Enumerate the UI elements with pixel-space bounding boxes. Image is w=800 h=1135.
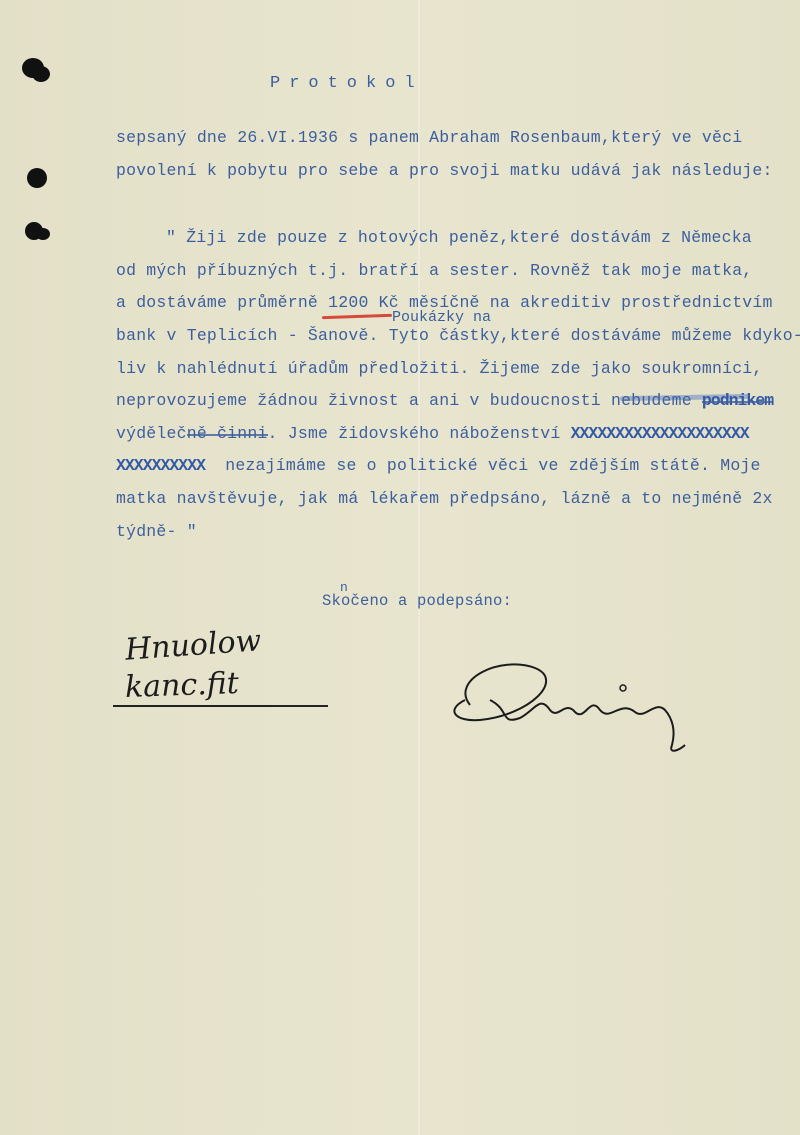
text-line-2: povolení k pobytu pro sebe a pro svoji m… [116,161,773,180]
text-line-10: XXXXXXXXXX nezajímáme se o politické věc… [116,456,761,475]
text-line-9-rest: . Jsme židovského náboženství [268,424,571,443]
document-title: Protokol [270,74,424,93]
handwritten-insertion: Poukázky na [392,309,491,326]
punch-hole-middle [27,168,47,188]
struck-word: podnikem [702,391,773,410]
signature-right: Rosenbaum [440,650,700,760]
punch-hole-bottom-2 [36,228,50,240]
text-line-1: sepsaný dne 26.VI.1936 s panem Abraham R… [116,128,742,147]
signature-line [113,705,328,707]
punch-hole-top-2 [32,66,50,82]
text-line-7: liv k nahlédnutí úřadům předložiti. Žije… [116,359,763,378]
text-line-10-main: nezajímáme se o politické věci ve zdější… [225,456,760,475]
xed-out-text-2: XXXXXXXXXX [116,456,205,475]
text-line-9: výdělečně činni. Jsme židovského nábožen… [116,424,749,443]
struck-text: ně činni [187,424,268,443]
text-line-11: matka navštěvuje, jak má lékařem předpsá… [116,489,773,508]
text-line-3: " Žiji zde pouze z hotových peněz,které … [166,228,752,247]
text-line-6: bank v Teplicích - Šanově. Tyto částky,k… [116,326,800,345]
signature-flourish-icon [440,650,700,760]
text-line-12: týdně- " [116,522,197,541]
text-line-8: neprovozujeme žádnou živnost a ani v bud… [116,391,773,410]
text-line-9-prefix: výděleč [116,424,187,443]
xed-out-text: XXXXXXXXXXXXXXXXXXXX [571,424,749,443]
text-line-4: od mých příbuzných t.j. bratří a sester.… [116,261,752,280]
closing-text: Skočeno a podepsáno: [322,592,512,610]
signature-left-line-2: kanc.fit [124,666,239,705]
text-line-8-main: neprovozujeme žádnou živnost a ani v bud… [116,391,692,410]
